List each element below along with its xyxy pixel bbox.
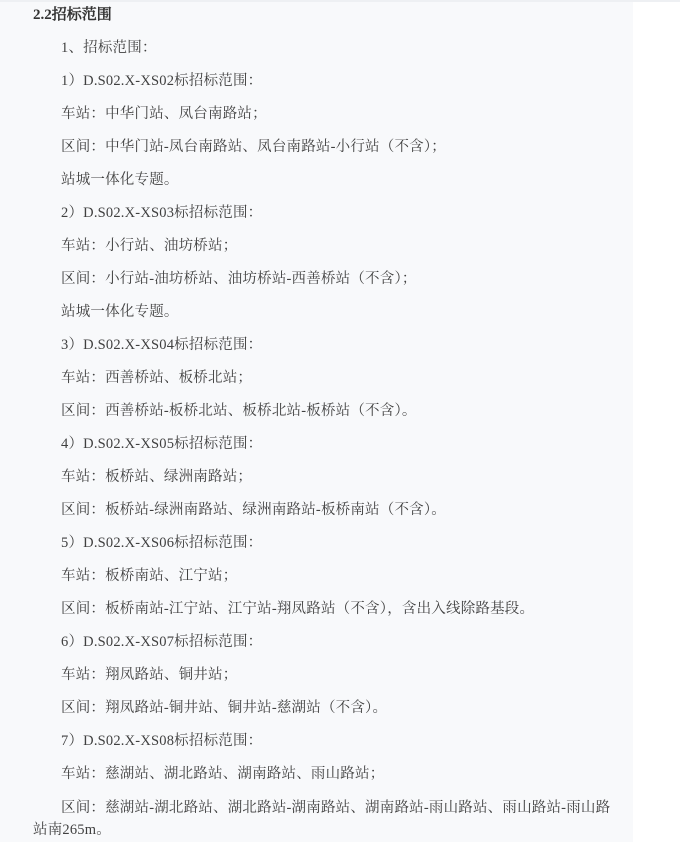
lot-sections: 区间：慈湖站-湖北路站、湖北路站-湖南路站、湖南路站-雨山路站、雨山路站-雨山路… — [33, 797, 613, 841]
lot-sections: 区间：中华门站-凤台南路站、凤台南路站-小行站（不含）； — [33, 137, 613, 157]
lot-stations: 车站：西善桥站、板桥北站； — [33, 368, 613, 388]
lot-title: 5）D.S02.X-XS06标招标范围： — [33, 533, 613, 553]
section-heading: 2.2招标范围 — [33, 5, 613, 25]
lot-stations: 车站：慈湖站、湖北路站、湖南路站、雨山路站； — [33, 764, 613, 784]
lot-extra: 站城一体化专题。 — [33, 302, 613, 322]
intro-text: 1、招标范围： — [33, 38, 613, 58]
lot-stations: 车站：小行站、油坊桥站； — [33, 236, 613, 256]
lot-sections: 区间：小行站-油坊桥站、油坊桥站-西善桥站（不含）； — [33, 269, 613, 289]
lot-stations: 车站：翔凤路站、铜井站； — [33, 665, 613, 685]
lot-title: 6）D.S02.X-XS07标招标范围： — [33, 632, 613, 652]
lot-title: 2）D.S02.X-XS03标招标范围： — [33, 203, 613, 223]
lot-sections: 区间：板桥南站-江宁站、江宁站-翔凤路站（不含），含出入线除路基段。 — [33, 599, 613, 619]
lot-stations: 车站：板桥站、绿洲南路站； — [33, 467, 613, 487]
lot-stations: 车站：中华门站、凤台南路站； — [33, 104, 613, 124]
lot-sections: 区间：板桥站-绿洲南路站、绿洲南路站-板桥南站（不含）。 — [33, 500, 613, 520]
lot-title: 3）D.S02.X-XS04标招标范围： — [33, 335, 613, 355]
lot-title: 1）D.S02.X-XS02标招标范围： — [33, 71, 613, 91]
lot-sections: 区间：西善桥站-板桥北站、板桥北站-板桥站（不含）。 — [33, 401, 613, 421]
lot-stations: 车站：板桥南站、江宁站； — [33, 566, 613, 586]
lot-title: 7）D.S02.X-XS08标招标范围： — [33, 731, 613, 751]
lot-extra: 站城一体化专题。 — [33, 170, 613, 190]
lot-sections: 区间：翔凤路站-铜井站、铜井站-慈湖站（不含）。 — [33, 698, 613, 718]
lot-title: 4）D.S02.X-XS05标招标范围： — [33, 434, 613, 454]
article-content: 2.2招标范围 1、招标范围： 1）D.S02.X-XS02标招标范围： 车站：… — [0, 2, 633, 842]
